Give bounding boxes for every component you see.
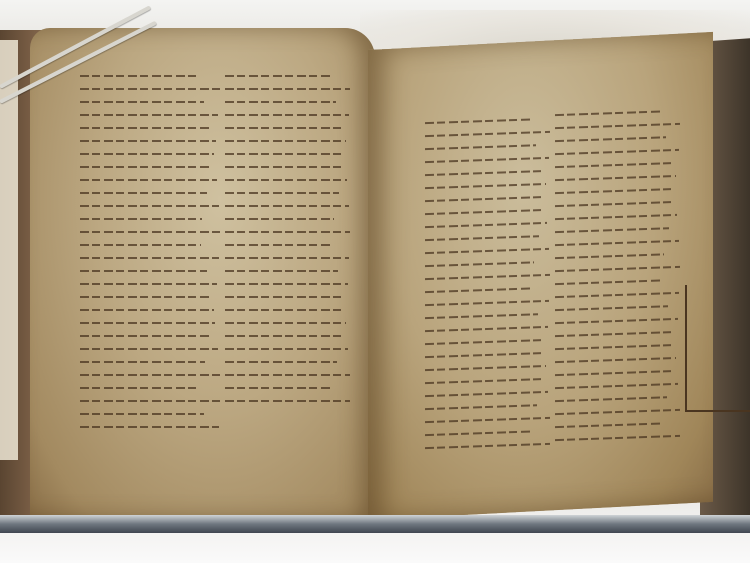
script-line — [425, 248, 549, 254]
script-line — [425, 235, 539, 241]
script-line — [555, 331, 672, 337]
script-line — [425, 417, 550, 423]
script-line — [80, 153, 214, 155]
script-line — [80, 140, 216, 142]
script-line — [425, 339, 542, 345]
margin-annotation — [685, 285, 750, 412]
script-line — [80, 244, 201, 246]
script-line — [555, 370, 671, 376]
script-line — [225, 75, 331, 77]
script-line — [225, 335, 341, 337]
script-line — [425, 391, 548, 397]
script-line — [80, 75, 199, 77]
script-line — [80, 387, 200, 389]
script-line — [555, 344, 675, 350]
script-line — [555, 123, 680, 129]
script-line — [225, 361, 337, 363]
script-line — [425, 183, 546, 189]
script-line — [555, 201, 673, 207]
script-line — [80, 348, 218, 350]
script-line — [555, 162, 671, 168]
script-line — [80, 257, 219, 259]
script-line — [425, 196, 544, 202]
script-line — [425, 157, 549, 163]
script-line — [225, 231, 350, 233]
script-line — [225, 244, 333, 246]
script-line — [555, 318, 678, 324]
script-line — [425, 404, 537, 410]
script-line — [555, 383, 678, 389]
script-line — [225, 309, 345, 311]
script-line — [555, 292, 679, 298]
script-line — [225, 270, 338, 272]
script-line — [425, 261, 534, 267]
script-line — [80, 322, 215, 324]
left-page-column-2 — [225, 75, 350, 413]
script-line — [425, 300, 549, 306]
script-line — [425, 365, 546, 371]
script-line — [80, 413, 204, 415]
script-line — [80, 283, 217, 285]
script-line — [555, 435, 680, 441]
script-line — [80, 361, 205, 363]
script-line — [80, 296, 211, 298]
script-line — [80, 231, 220, 233]
script-line — [80, 270, 207, 272]
script-line — [555, 188, 674, 194]
script-line — [425, 326, 548, 332]
script-line — [225, 400, 350, 402]
script-line — [225, 257, 349, 259]
script-line — [425, 443, 550, 449]
script-line — [555, 214, 677, 220]
script-line — [225, 88, 350, 90]
script-line — [555, 357, 676, 363]
script-line — [80, 166, 212, 168]
script-line — [80, 179, 217, 181]
script-line — [225, 374, 350, 376]
script-line — [425, 222, 547, 228]
script-line — [80, 400, 220, 402]
script-line — [80, 309, 214, 311]
script-line — [555, 305, 668, 311]
script-line — [555, 136, 666, 142]
script-line — [225, 218, 334, 220]
script-line — [555, 409, 680, 415]
script-line — [555, 279, 663, 285]
script-line — [225, 153, 344, 155]
script-line — [225, 322, 346, 324]
script-line — [80, 335, 210, 337]
script-line — [425, 274, 550, 280]
script-line — [225, 166, 343, 168]
book-bottom-edge — [0, 515, 750, 533]
cover-paper-strip — [0, 40, 18, 460]
script-line — [425, 378, 541, 384]
script-line — [225, 348, 348, 350]
script-line — [555, 422, 662, 428]
script-line — [80, 218, 202, 220]
script-line — [225, 179, 347, 181]
script-line — [80, 127, 209, 129]
script-line — [225, 127, 341, 129]
script-line — [425, 209, 543, 215]
script-line — [225, 114, 349, 116]
script-line — [80, 114, 218, 116]
script-line — [425, 287, 533, 293]
script-line — [225, 192, 339, 194]
script-line — [225, 296, 342, 298]
script-line — [555, 396, 667, 402]
script-line — [425, 144, 536, 150]
right-page-column-2 — [555, 110, 680, 452]
script-line — [555, 240, 679, 246]
script-line — [225, 140, 346, 142]
manuscript-photo — [0, 0, 750, 563]
script-line — [225, 101, 336, 103]
script-line — [555, 253, 664, 259]
script-line — [225, 283, 348, 285]
script-line — [555, 175, 676, 181]
script-line — [80, 374, 220, 376]
script-line — [80, 205, 219, 207]
script-line — [425, 313, 538, 319]
script-line — [225, 387, 332, 389]
right-page-column-1 — [425, 118, 550, 460]
script-line — [80, 88, 220, 90]
script-line — [555, 149, 679, 155]
script-line — [555, 227, 669, 233]
script-line — [80, 192, 207, 194]
script-line — [425, 352, 545, 358]
script-line — [425, 131, 550, 137]
script-line — [555, 266, 680, 272]
script-line — [225, 205, 349, 207]
script-line — [80, 101, 204, 103]
script-line — [425, 430, 532, 436]
left-page-column-1 — [80, 75, 220, 439]
script-line — [425, 170, 541, 176]
script-line — [80, 426, 219, 428]
